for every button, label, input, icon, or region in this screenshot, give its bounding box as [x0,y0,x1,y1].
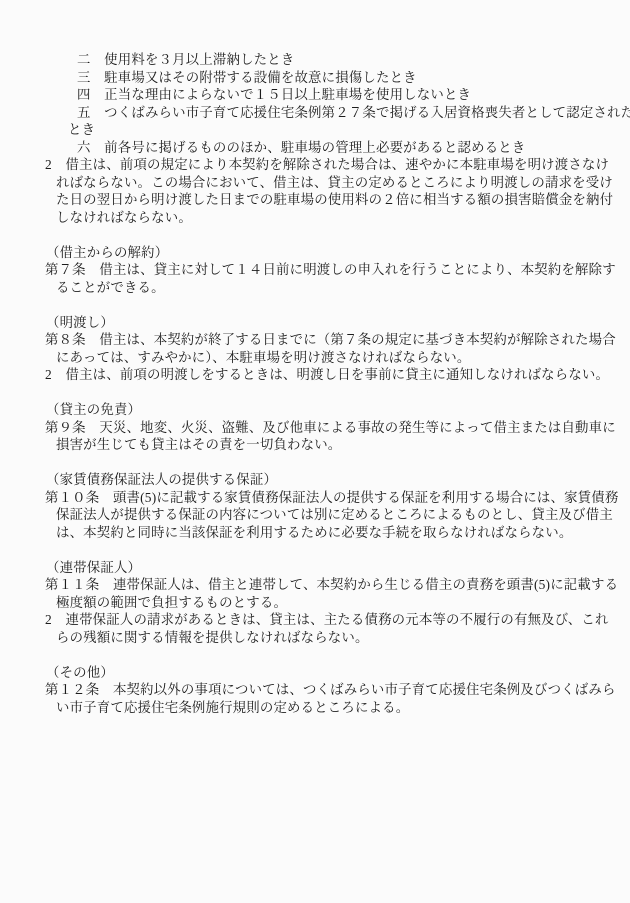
document-page: 二 使用料を３月以上滞納したとき 三 駐車場又はその附帯する設備を故意に損傷した… [0,0,630,903]
sub-item-line: 二 使用料を３月以上滞納したとき [45,51,590,69]
paragraph-continuation: は、本契約と同時に当該保証を利用するために必要な手続を取らなければならない。 [45,524,590,542]
paragraph-continuation: い市子育て応援住宅条例施行規則の定めるところによる。 [45,699,590,717]
article-line: 第８条 借主は、本契約が終了する日までに（第７条の規定に基づき本契約が解除された… [45,331,590,349]
sub-item-line: 三 駐車場又はその附帯する設備を故意に損傷したとき [45,69,590,87]
paragraph-continuation: しなければならない。 [45,209,590,227]
paragraph-line: 2 連帯保証人の請求があるときは、貸主は、主たる債務の元本等の不履行の有無及び、… [45,611,590,629]
section-heading: （その他） [45,664,590,682]
paragraph-continuation: ればならない。この場合において、借主は、貸主の定めるところにより明渡しの請求を受… [45,174,590,192]
paragraph-continuation: た日の翌日から明け渡した日までの駐車場の使用料の２倍に相当する額の損害賠償金を納… [45,191,590,209]
paragraph-continuation: ることができる。 [45,279,590,297]
sub-item-continuation: とき [45,121,590,139]
paragraph-continuation: 損害が生じても貸主はその責を一切負わない。 [45,436,590,454]
paragraph-continuation: にあっては、すみやかに）、本駐車場を明け渡さなければならない。 [45,349,590,367]
sub-item-line: 五 つくばみらい市子育て応援住宅条例第２７条で掲げる入居資格喪失者として認定され… [45,104,590,122]
paragraph-continuation: 保証法人が提供する保証の内容については別に定めるところによるものとし、貸主及び借… [45,506,590,524]
article-line: 第７条 借主は、貸主に対して１４日前に明渡しの申入れを行うことにより、本契約を解… [45,261,590,279]
section-heading: （家賃債務保証法人の提供する保証） [45,471,590,489]
paragraph-line: 2 借主は、前項の明渡しをするときは、明渡し日を事前に貸主に通知しなければならな… [45,366,590,384]
paragraph-continuation: らの残額に関する情報を提供しなければならない。 [45,629,590,647]
section-heading: （借主からの解約） [45,244,590,262]
section-heading: （貸主の免責） [45,401,590,419]
article-line: 第１１条 連帯保証人は、借主と連帯して、本契約から生じる借主の責務を頭書(5)に… [45,576,590,594]
paragraph-line: 2 借主は、前項の規定により本契約を解除された場合は、速やかに本駐車場を明け渡さ… [45,156,590,174]
sub-item-line: 四 正当な理由によらないで１５日以上駐車場を使用しないとき [45,86,590,104]
section-heading: （明渡し） [45,314,590,332]
paragraph-continuation: 極度額の範囲で負担するものとする。 [45,594,590,612]
article-line: 第１２条 本契約以外の事項については、つくばみらい市子育て応援住宅条例及びつくば… [45,681,590,699]
article-line: 第１０条 頭書(5)に記載する家賃債務保証法人の提供する保証を利用する場合には、… [45,489,590,507]
article-line: 第９条 天災、地変、火災、盗難、及び他車による事故の発生等によって借主または自動… [45,419,590,437]
sub-item-line: 六 前各号に掲げるもののほか、駐車場の管理上必要があると認めるとき [45,139,590,157]
section-heading: （連帯保証人） [45,559,590,577]
